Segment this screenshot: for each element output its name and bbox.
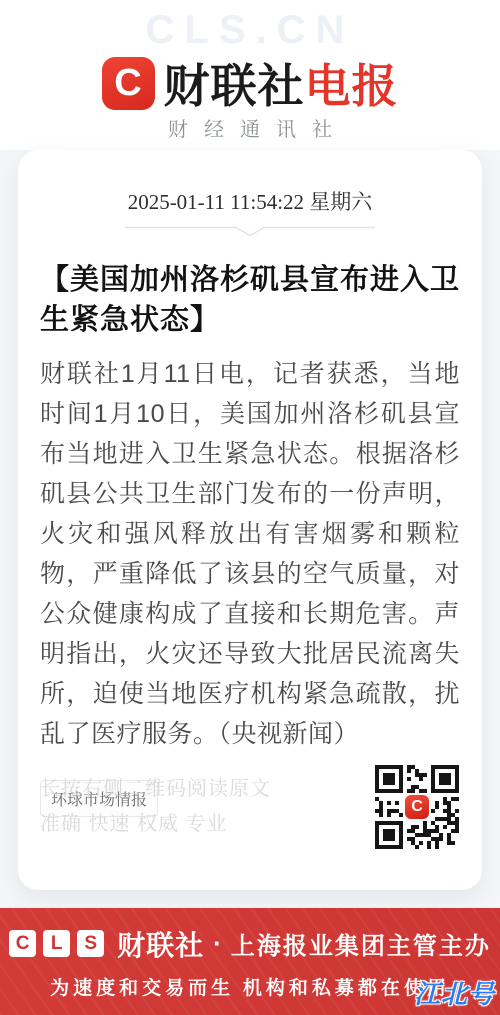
- share-card-page: CLS.CN C 财联社电报 财经通讯社 2025-01-11 11:54:22…: [0, 0, 500, 1015]
- news-card: 2025-01-11 11:54:22 星期六 【美国加州洛杉矶县宣布进入卫生紧…: [18, 150, 482, 890]
- date-divider: [125, 226, 375, 238]
- news-datetime: 2025-01-11 11:54:22 星期六: [40, 186, 460, 216]
- brand-telegraph: 电报: [305, 60, 399, 112]
- news-body: 财联社1月11日电，记者获悉，当地时间1月10日，美国加州洛杉矶县宣布当地进入卫…: [40, 354, 460, 754]
- cls-letter-box-l: L: [43, 930, 70, 957]
- bottom-bar-brand-name: 财联社: [117, 924, 204, 964]
- qr-code[interactable]: C: [374, 764, 460, 850]
- brand-title: 财联社电报: [164, 50, 399, 116]
- cls-letter-box-s: S: [77, 930, 104, 957]
- jiangbei-watermark: 江北号: [414, 974, 495, 1011]
- bottom-bar-organizer: 上海报业集团主管主办: [231, 926, 491, 961]
- header: CLS.CN C 财联社电报 财经通讯社: [0, 0, 500, 150]
- bottom-bar-brand-row: C L S 财联社 · 上海报业集团主管主办: [9, 924, 491, 964]
- cls-logo-letter: C: [114, 62, 141, 105]
- qr-center-logo-icon: C: [404, 794, 430, 820]
- cls-cn-watermark: CLS.CN: [0, 8, 500, 53]
- brand-subtitle: 财经通讯社: [0, 113, 500, 142]
- bottom-brand-bar: C L S 财联社 · 上海报业集团主管主办 为速度和交易而生 机构和私募都在使…: [0, 908, 500, 1015]
- qr-hint-line2: 准确 快速 权威 专业: [40, 807, 271, 842]
- qr-hint-line1: 长按右侧二维码阅读原文: [40, 772, 271, 807]
- cls-logo-icon: C: [102, 57, 155, 110]
- qr-hints: 长按右侧二维码阅读原文 准确 快速 权威 专业: [40, 772, 271, 842]
- bottom-bar-separator: ·: [213, 928, 222, 959]
- news-headline: 【美国加州洛杉矶县宣布进入卫生紧急状态】: [40, 260, 460, 340]
- main-area: 2025-01-11 11:54:22 星期六 【美国加州洛杉矶县宣布进入卫生紧…: [0, 150, 500, 908]
- bottom-bar-slogan: 为速度和交易而生 机构和私募都在使用: [50, 973, 450, 1000]
- card-footer: 长按右侧二维码阅读原文 准确 快速 权威 专业 C: [40, 764, 460, 850]
- logo: C 财联社电报: [0, 50, 500, 116]
- cls-letter-box-c: C: [9, 930, 36, 957]
- brand-name: 财联社: [164, 60, 305, 112]
